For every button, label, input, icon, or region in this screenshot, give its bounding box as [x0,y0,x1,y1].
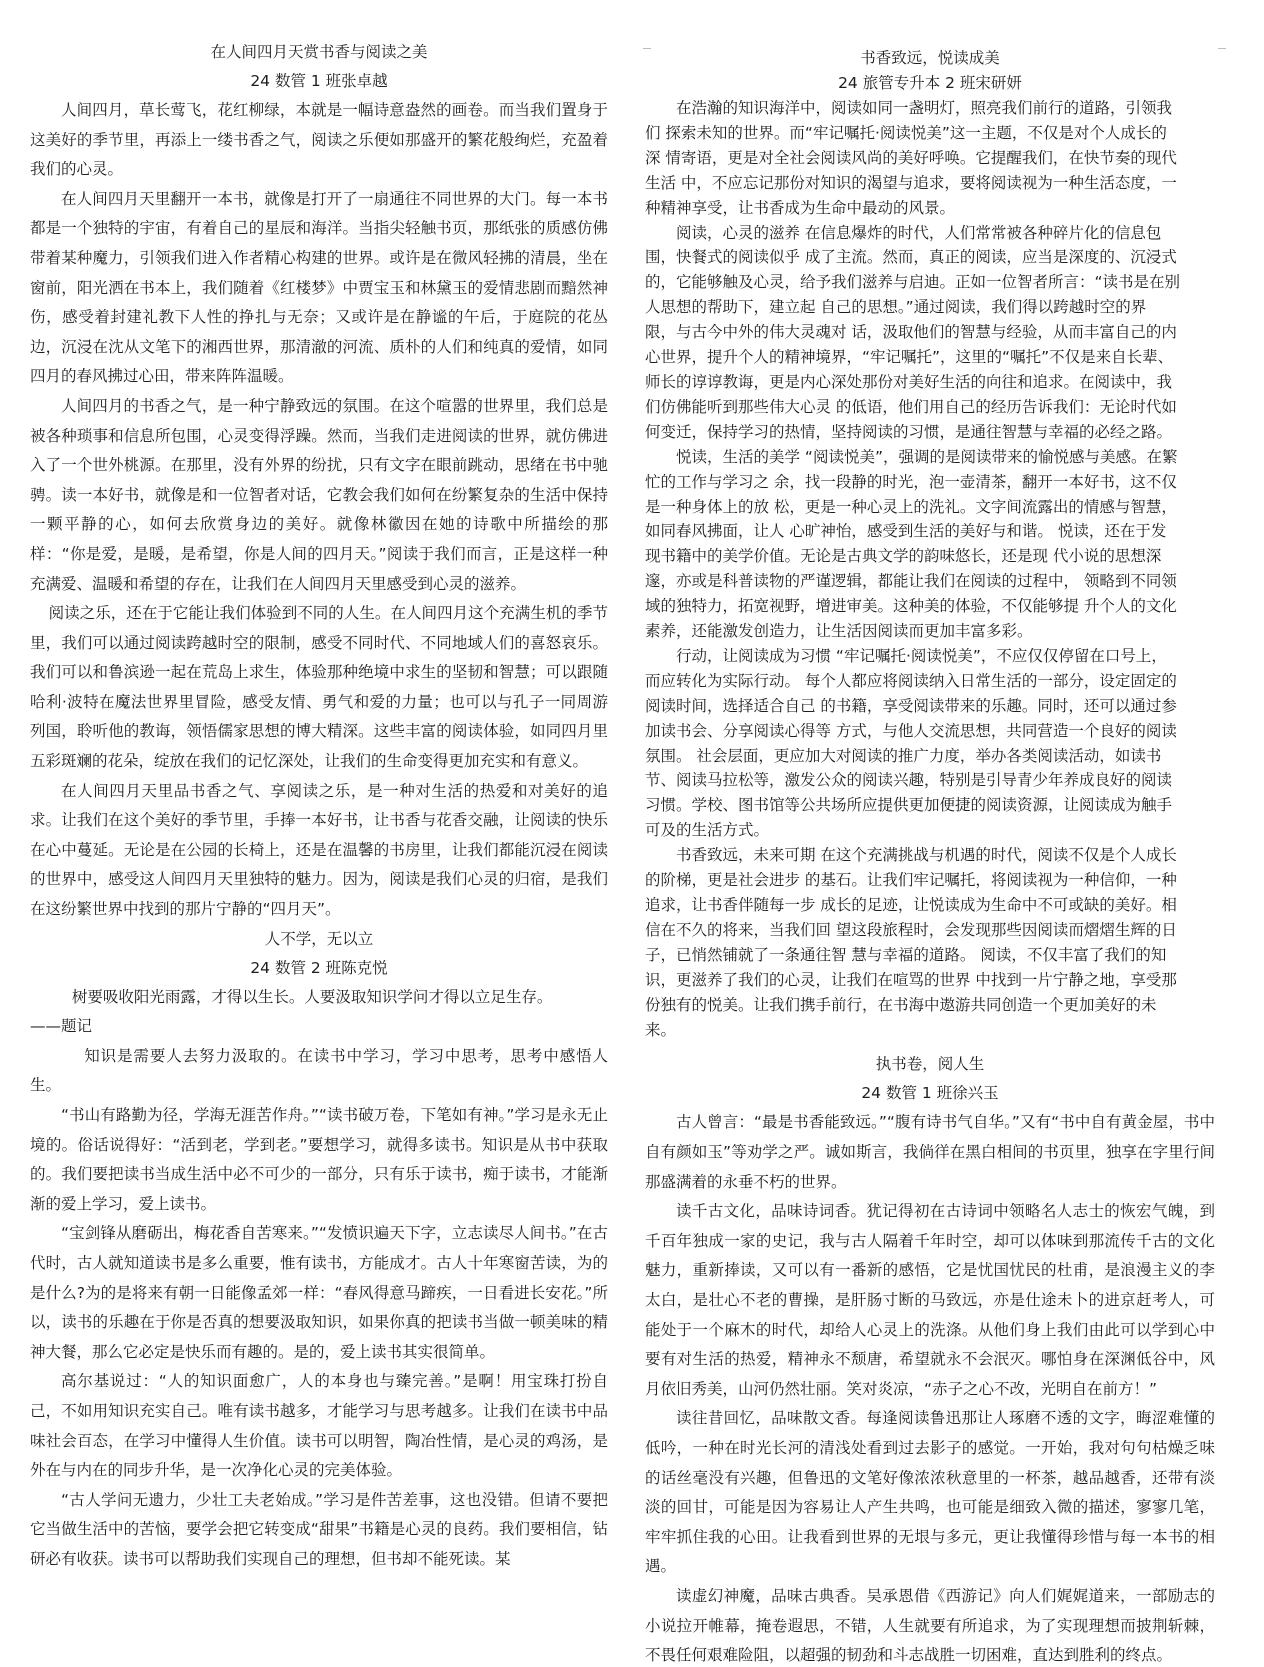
paragraph: 书香致远，未来可期 在这个充满挑战与机遇的时代，阅读不仅是个人成长 的阶梯，更是… [645,843,1215,1042]
paragraph: 读往昔回忆，品味散文香。每逢阅读鲁迅那让人琢磨不透的文字，晦涩难懂的低吟，一种在… [645,1404,1215,1582]
essay-title: 执书卷，阅人生 [645,1050,1215,1079]
paragraph: 读千古文化，品味诗词香。犹记得初在古诗词中领略名人志士的恢宏气魄，到千百年独成一… [645,1197,1215,1404]
paragraph: 人间四月，草长莺飞，花红柳绿，本就是一幅诗意盎然的画卷。而当我们置身于这美好的季… [30,96,608,185]
epigraph: 树要吸收阳光雨露，才得以生长。人要汲取知识学问才得以立足生存。 [30,983,608,1013]
paragraph: 阅读，心灵的滋养 在信息爆炸的时代，人们常常被各种碎片化的信息包 围，快餐式的阅… [645,221,1215,445]
essay-author: 24 数管 2 班陈克悦 [30,954,608,983]
essay-author: 24 数管 1 班张卓越 [30,67,608,96]
paragraph: 人间四月的书香之气，是一种宁静致远的氛围。在这个喧嚣的世界里，我们总是被各种琐事… [30,392,608,599]
essay-author: 24 数管 1 班徐兴玉 [645,1079,1215,1108]
essay-title: 在人间四月天赏书香与阅读之美 [30,38,608,67]
paragraph: 读虚幻神魔，品味古典香。吴承恩借《西游记》向人们娓娓道来，一部励志的小说拉开帷幕… [645,1582,1215,1667]
paragraph: 在人间四月天里翻开一本书，就像是打开了一扇通往不同世界的大门。每一本书都是一个独… [30,185,608,392]
paragraph: “古人学问无遗力，少壮工夫老始成。”学习是件苦差事，这也没错。但请不要把它当做生… [30,1486,608,1575]
scan-mark [1218,48,1226,49]
paragraph: 高尔基说过：“人的知识面愈广，人的本身也与臻完善。”是啊！用宝珠打扮自己，不如用… [30,1367,608,1485]
epigraph-source: ——题记 [30,1012,608,1042]
paragraph: 阅读之乐，还在于它能让我们体验到不同的人生。在人间四月这个充满生机的季节里，我们… [30,599,608,777]
paragraph: “书山有路勤为径，学海无涯苦作舟。”“读书破万卷，下笔如有神。”学习是永无止境的… [30,1101,608,1219]
paragraph: 悦读，生活的美学 “阅读悦美”，强调的是阅读带来的愉悦感与美感。在繁 忙的工作与… [645,445,1215,644]
paragraph: 在人间四月天里品书香之气、享阅读之乐，是一种对生活的热爱和对美好的追求。让我们在… [30,777,608,925]
essay-title: 人不学，无以立 [30,925,608,954]
paragraph: 行动，让阅读成为习惯 “牢记嘱托·阅读悦美”，不应仅仅停留在口号上， 而应转化为… [645,644,1215,843]
right-column: 书香致远，悦读成美 24 旅管专升本 2 班宋研妍 在浩瀚的知识海洋中，阅读如同… [645,46,1215,1667]
paragraph: 在浩瀚的知识海洋中，阅读如同一盏明灯，照亮我们前行的道路，引领我 们 探索未知的… [645,96,1215,221]
left-column: 在人间四月天赏书香与阅读之美 24 数管 1 班张卓越 人间四月，草长莺飞，花红… [30,38,608,1575]
essay-title: 书香致远，悦读成美 [645,46,1215,71]
paragraph: “宝剑锋从磨砺出，梅花香自苦寒来。”“发愤识遍天下字，立志读尽人间书。”在古代时… [30,1219,608,1367]
paragraph: 知识是需要人去努力汲取的。在读书中学习，学习中思考，思考中感悟人生。 [30,1042,608,1101]
paragraph: 古人曾言：“最是书香能致远。”“腹有诗书气自华。”又有“书中自有黄金屋，书中自有… [645,1108,1215,1197]
essay-author: 24 旅管专升本 2 班宋研妍 [645,71,1215,96]
